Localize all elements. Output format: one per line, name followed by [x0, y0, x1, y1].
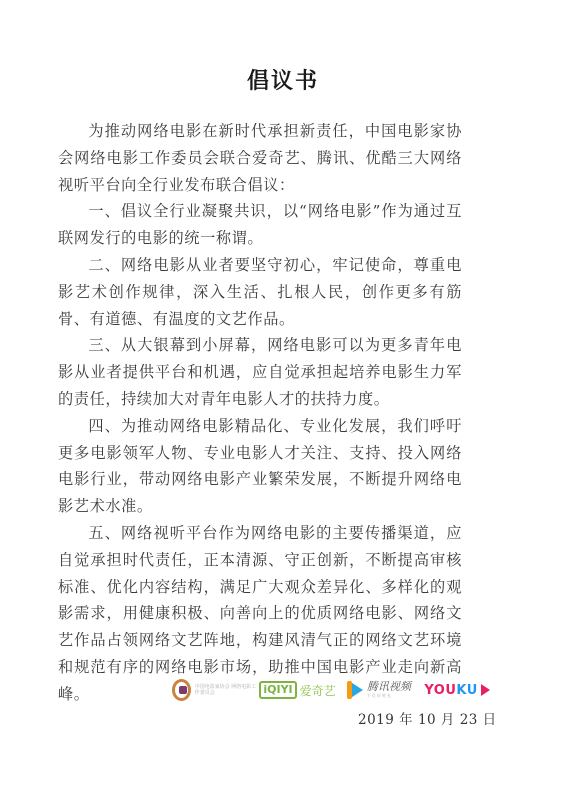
youku-arrow-icon	[481, 684, 490, 696]
play-icon	[349, 681, 363, 699]
cfa-emblem-icon	[172, 679, 191, 701]
iqiyi-name: 爱奇艺	[300, 682, 336, 699]
intro-paragraph: 为推动网络电影在新时代承担新责任，中国电影家协会网络电影工作委员会联合爱奇艺、腾…	[58, 118, 462, 198]
tencent-name: 腾讯视频	[367, 681, 411, 693]
tencent-video-logo: 腾讯视频 不负好时光	[343, 681, 425, 699]
proposal-2: 二、网络电影从业者要坚守初心，牢记使命，尊重电影艺术创作规律，深入生活、扎根人民…	[58, 252, 462, 332]
tencent-slogan: 不负好时光	[367, 693, 411, 699]
iqiyi-logo: iQIYI 爱奇艺	[259, 681, 342, 699]
proposal-1: 一、倡议全行业凝聚共识，以“网络电影”作为通过互联网发行的电影的统一称谓。	[58, 198, 462, 252]
document-date: 2019 年 10 月 23 日	[358, 708, 497, 728]
cfa-logo: 中国电影家协会 网络电影工作委员会	[172, 679, 259, 701]
cfa-logo-text: 中国电影家协会 网络电影工作委员会	[195, 684, 260, 696]
proposal-3: 三、从大银幕到小屏幕，网络电影可以为更多青年电影从业者提供平台和机遇，应自觉承担…	[58, 332, 462, 412]
sponsor-logos: 中国电影家协会 网络电影工作委员会 iQIYI 爱奇艺 腾讯视频 不负好时光 Y…	[172, 672, 502, 708]
proposal-4: 四、为推动网络电影精品化、专业化发展，我们呼吁更多电影领军人物、专业电影人才关注…	[58, 413, 462, 520]
iqiyi-mark: iQIYI	[259, 681, 296, 699]
document-title: 倡议书	[0, 64, 566, 95]
document-body: 为推动网络电影在新时代承担新责任，中国电影家协会网络电影工作委员会联合爱奇艺、腾…	[58, 118, 462, 708]
youku-wordmark: YOUKU	[424, 683, 477, 698]
youku-logo: YOUKU	[424, 683, 502, 698]
